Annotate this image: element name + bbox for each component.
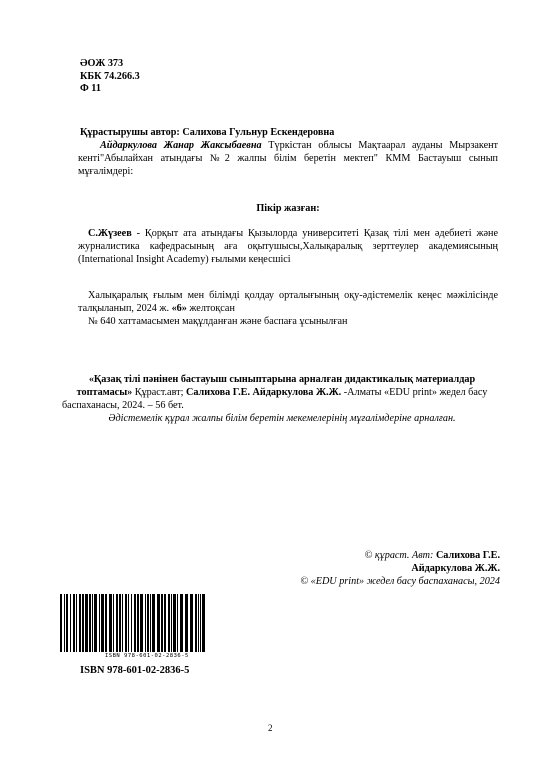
author-mark: Ф 11 (80, 83, 140, 96)
coauthor-name: Айдаркулова Жанар Жаксыбаевна (100, 140, 262, 151)
review-block: С.Жүзеев - Қорқыт ата атындағы Қызылорда… (78, 227, 498, 266)
book-authors: Салихова Г.Е. Айдаркулова Ж.Ж. (186, 387, 341, 398)
reviewer-text: - Қорқыт ата атындағы Қызылорда универси… (78, 228, 498, 265)
compiler-label: Құрастырушы автор: Салихова Гульнур Еске… (78, 126, 498, 139)
review-heading: Пікір жазған: (78, 202, 498, 215)
approval-block: Халықаралық ғылым мен білімді қолдау орт… (78, 289, 498, 328)
copyright-block: © құраст. Авт: Салихова Г.Е. Айдаркулова… (260, 549, 500, 588)
book-purpose: Әдістемелік құрал жалпы білім беретін ме… (62, 412, 502, 425)
isbn-label: ISBN 978-601-02-2836-5 (80, 664, 189, 677)
approval-line2: № 640 хаттамасымен мақұлданған және басп… (78, 315, 498, 328)
classification-block: ӘОЖ 373 КБК 74.266.3 Ф 11 (80, 58, 140, 96)
barcode-caption: ISBN 978-601-02-2836-5 (105, 650, 189, 663)
page-number: 2 (268, 722, 273, 735)
bbk-code: КБК 74.266.3 (80, 71, 140, 84)
approval-date: «6» (172, 303, 187, 314)
isbn-barcode (60, 594, 205, 652)
bibliographic-record: «Қазақ тілі пәнінен бастауыш сыныптарына… (62, 373, 502, 425)
compiler-block: Құрастырушы автор: Салихова Гульнур Еске… (78, 126, 498, 178)
reviewer-name: С.Жүзеев (88, 228, 132, 239)
udc-code: ӘОЖ 373 (80, 58, 140, 71)
approval-line1: Халықаралық ғылым мен білімді қолдау орт… (78, 289, 498, 315)
compiler-affiliation: Айдаркулова Жанар Жаксыбаевна Түркістан … (78, 139, 498, 178)
